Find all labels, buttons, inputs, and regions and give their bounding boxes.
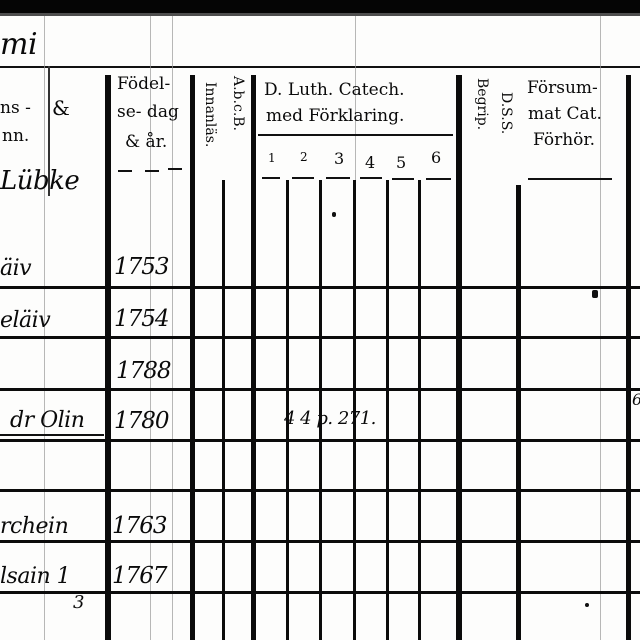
header-innanlas: Innanläs. bbox=[202, 82, 218, 147]
col-rule-thick bbox=[456, 75, 462, 640]
subcol-6: 6 bbox=[431, 150, 441, 166]
row-rule bbox=[0, 388, 640, 391]
row-rule bbox=[0, 540, 640, 543]
header-birth-line2: se- dag bbox=[117, 104, 179, 121]
catechism-note: 4 4 p. 271. bbox=[284, 410, 376, 428]
header-forsummat-line3: Förhör. bbox=[533, 132, 595, 149]
subcol-3: 3 bbox=[334, 151, 344, 167]
col-rule-thick bbox=[251, 75, 256, 640]
header-dss: D.S.S. bbox=[498, 92, 514, 134]
row-year: 1754 bbox=[114, 308, 169, 331]
dash bbox=[360, 177, 382, 179]
header-ampersand: & bbox=[52, 98, 70, 118]
top-rule bbox=[0, 13, 640, 16]
ink-speck bbox=[332, 212, 336, 217]
subcol-2: 2 bbox=[300, 151, 308, 163]
ink-speck bbox=[585, 603, 589, 607]
col-rule-thick bbox=[516, 185, 521, 640]
row-name: eläiv bbox=[0, 310, 50, 332]
col-rule bbox=[222, 180, 225, 640]
dash bbox=[528, 178, 612, 180]
row-rule bbox=[0, 591, 640, 594]
row-year: 1763 bbox=[112, 515, 167, 538]
header-birth-line1: Födel- bbox=[117, 76, 170, 93]
subcol-4: 4 bbox=[365, 155, 375, 171]
name-underline bbox=[0, 434, 104, 436]
ink-speck bbox=[592, 290, 598, 298]
margin-mark: 6 bbox=[632, 392, 640, 408]
header-catech-line1: D. Luth. Catech. bbox=[264, 82, 405, 99]
row-rule bbox=[0, 286, 640, 289]
row-year: 1780 bbox=[114, 410, 169, 433]
subcol-1: 1 bbox=[268, 152, 276, 164]
scan-top-border bbox=[0, 0, 640, 13]
register-page: mi ns - nn. & Födel- se- dag & år. Innan… bbox=[0, 0, 640, 640]
header-birth-line3: & år. bbox=[125, 134, 167, 151]
dash bbox=[426, 178, 451, 180]
col-rule bbox=[386, 180, 389, 640]
dash bbox=[392, 178, 414, 180]
col-rule-thick bbox=[626, 75, 631, 640]
row-name: rchein bbox=[0, 516, 68, 538]
row-name: Lübke bbox=[0, 168, 79, 194]
row-name: äiv bbox=[0, 258, 31, 280]
dash bbox=[145, 170, 159, 172]
row-year: 1767 bbox=[112, 565, 167, 588]
row-name: lsain 1 bbox=[0, 566, 70, 588]
dash bbox=[168, 168, 182, 170]
title-underline bbox=[0, 66, 640, 68]
col-rule-thick bbox=[190, 75, 195, 640]
dash bbox=[262, 177, 280, 179]
dash bbox=[292, 177, 314, 179]
row-year: 1753 bbox=[114, 256, 169, 279]
row-rule bbox=[0, 439, 640, 442]
header-abc: A.b.c.B. bbox=[230, 76, 246, 131]
dash bbox=[118, 170, 132, 172]
row-note-below: 3 bbox=[73, 594, 84, 612]
row-rule bbox=[0, 489, 640, 492]
header-name-line2: nn. bbox=[2, 128, 29, 145]
col-rule bbox=[418, 180, 421, 640]
header-name-line1: ns - bbox=[0, 100, 31, 117]
row-rule bbox=[0, 336, 640, 339]
row-name: dr Olin bbox=[10, 410, 84, 432]
header-forsummat-line2: mat Cat. bbox=[528, 106, 602, 123]
col-rule-thick bbox=[105, 75, 111, 640]
header-catech-line2: med Förklaring. bbox=[266, 108, 404, 125]
header-begrip: Begrip. bbox=[474, 78, 490, 130]
title-handwriting: mi bbox=[0, 30, 37, 60]
subcol-5: 5 bbox=[396, 155, 406, 171]
row-year: 1788 bbox=[116, 360, 171, 383]
catech-divider bbox=[258, 134, 453, 136]
dash bbox=[326, 177, 350, 179]
header-forsummat-line1: Försum- bbox=[527, 80, 598, 97]
